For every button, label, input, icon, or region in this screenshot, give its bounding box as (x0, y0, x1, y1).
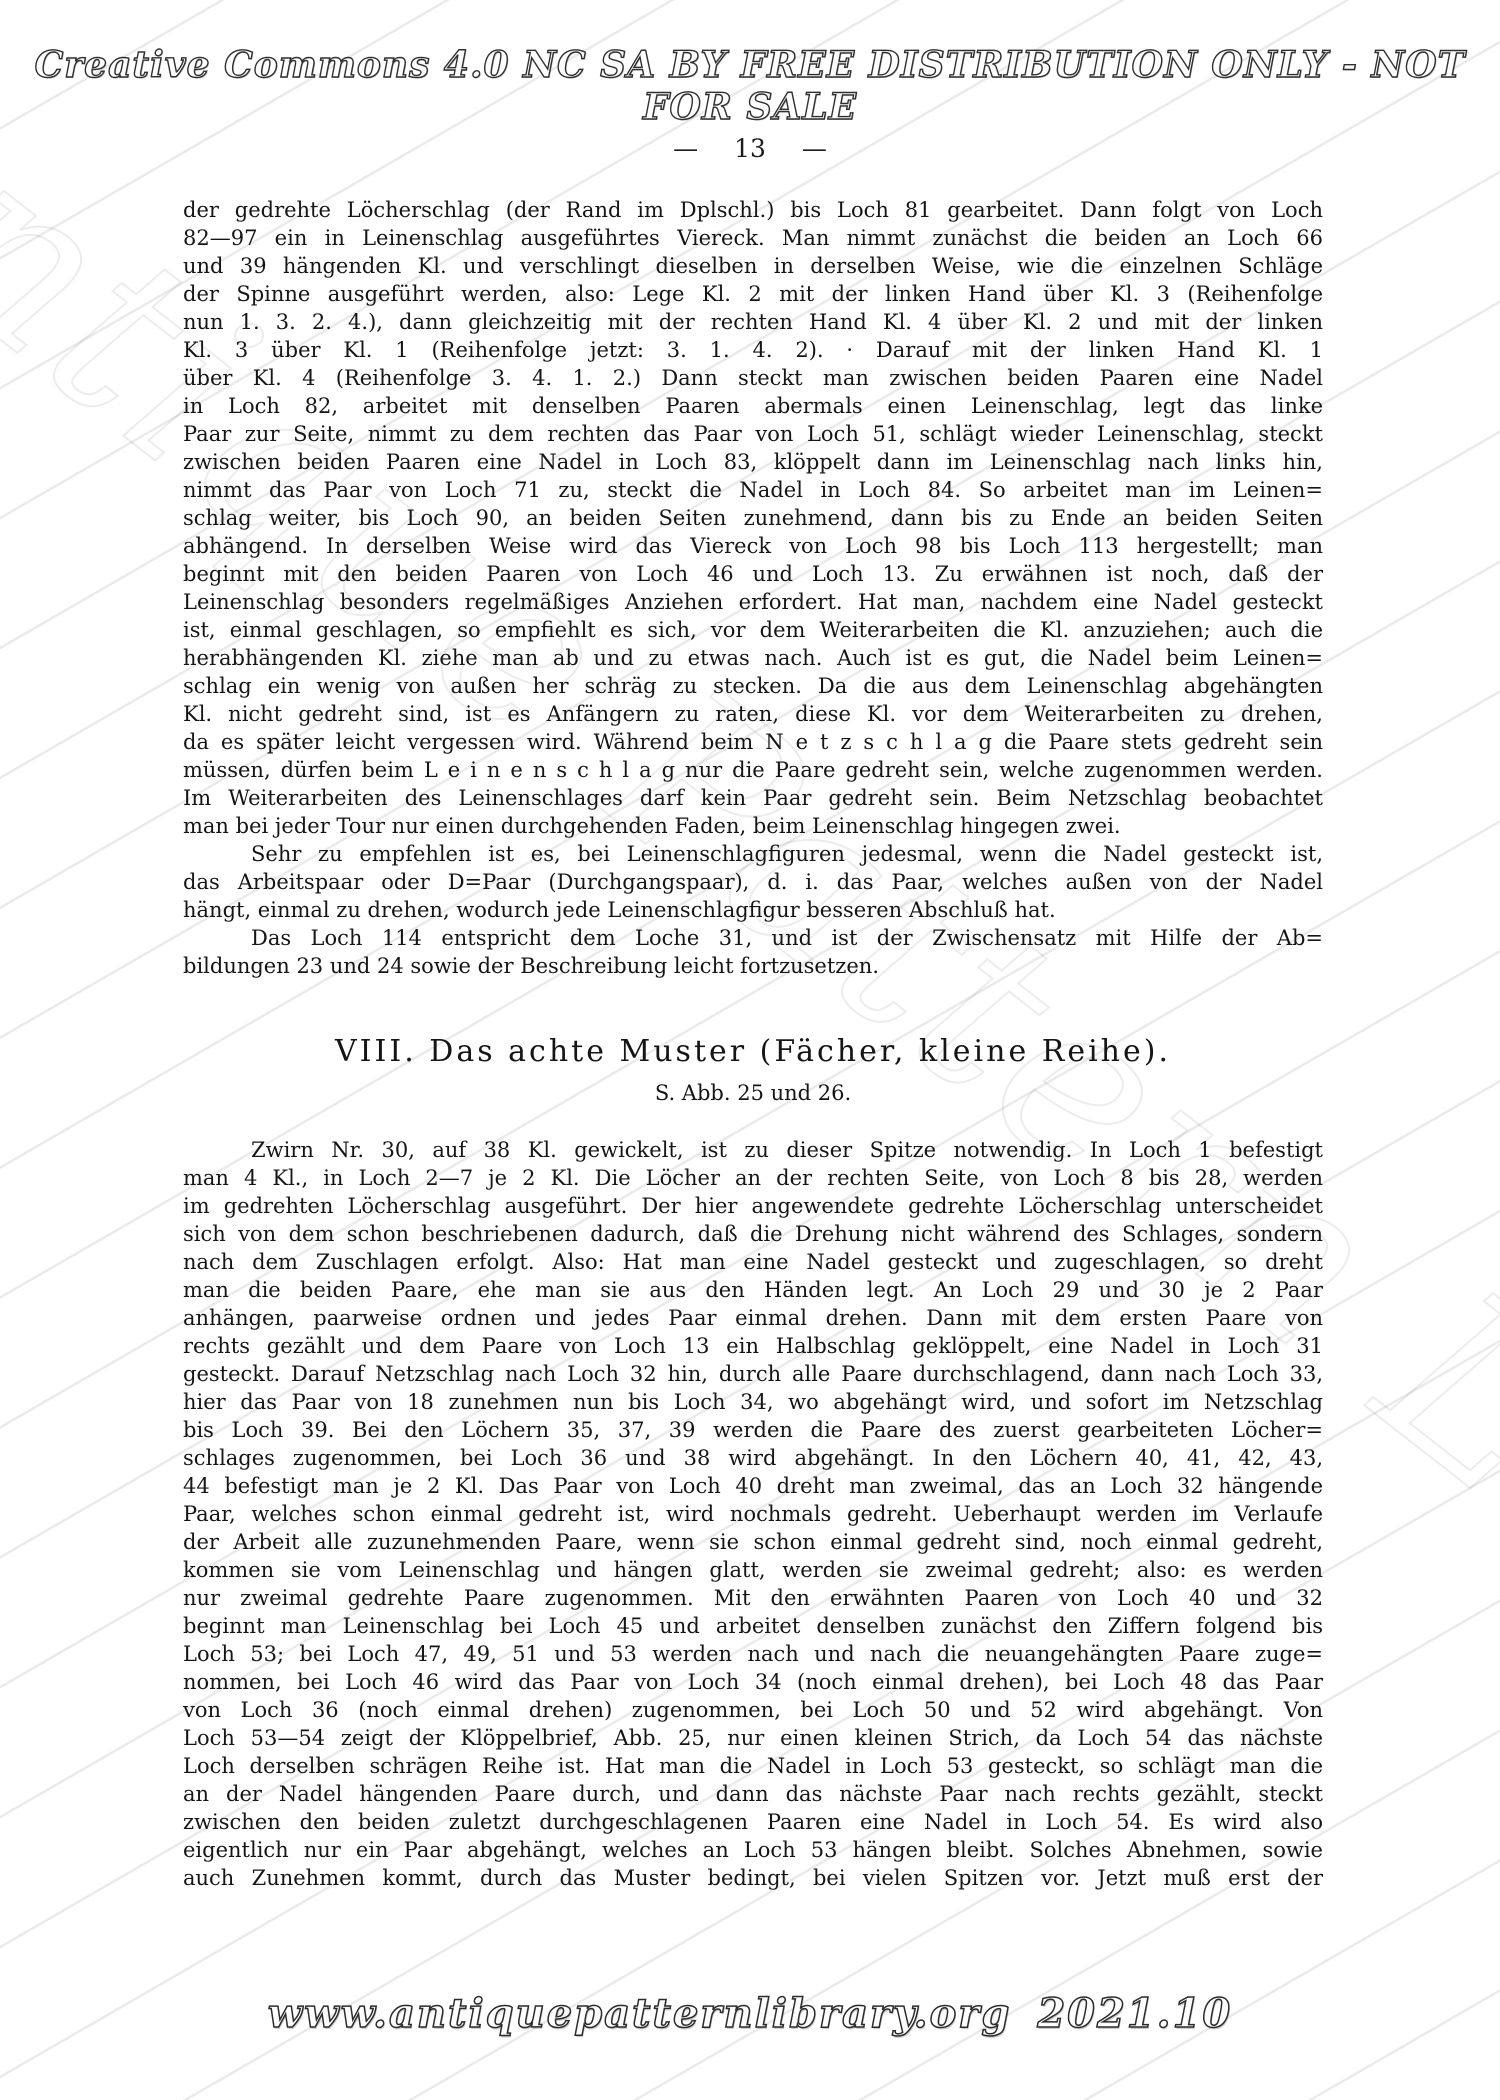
text-line: 82—97 ein in Leinenschlag ausgeführtes V… (183, 224, 1323, 252)
text-line: Zwirn Nr. 30, auf 38 Kl. gewickelt, ist … (183, 1136, 1323, 1164)
text-line: schlag ein wenig von außen her schräg zu… (183, 672, 1323, 700)
text-line: zwischen beiden Paaren eine Nadel in Loc… (183, 448, 1323, 476)
body-text-column: der gedrehte Löcherschlag (der Rand im D… (183, 196, 1323, 1892)
text-line: müssen, dürfen beim L e i n e n s c h l … (183, 756, 1323, 784)
text-line: Das Loch 114 entspricht dem Loche 31, un… (183, 924, 1323, 952)
paragraph-continuation: der gedrehte Löcherschlag (der Rand im D… (183, 196, 1323, 840)
text-line: nur zweimal gedrehte Paare zugenommen. M… (183, 1584, 1323, 1612)
text-line: eigentlich nur ein Paar abgehängt, welch… (183, 1836, 1323, 1864)
text-line: in Loch 82, arbeitet mit denselben Paare… (183, 392, 1323, 420)
text-line: bildungen 23 und 24 sowie der Beschreibu… (183, 952, 1323, 980)
text-line: nommen, bei Loch 46 wird das Paar von Lo… (183, 1668, 1323, 1696)
text-line: man 4 Kl., in Loch 2—7 je 2 Kl. Die Löch… (183, 1164, 1323, 1192)
text-line: kommen sie vom Leinenschlag und hängen g… (183, 1556, 1323, 1584)
text-line: Loch 53—54 zeigt der Klöppelbrief, Abb. … (183, 1724, 1323, 1752)
text-line: beginnt mit den beiden Paaren von Loch 4… (183, 560, 1323, 588)
text-line: bis Loch 39. Bei den Löchern 35, 37, 39 … (183, 1416, 1323, 1444)
text-line: im gedrehten Löcherschlag ausgeführt. De… (183, 1192, 1323, 1220)
footer-edition: 2021.10 (1037, 1990, 1232, 2037)
text-line: über Kl. 4 (Reihenfolge 3. 4. 1. 2.) Dan… (183, 364, 1323, 392)
paragraph-loch-114: Das Loch 114 entspricht dem Loche 31, un… (183, 924, 1323, 980)
text-line: Leinenschlag besonders regelmäßiges Anzi… (183, 588, 1323, 616)
text-line: Kl. nicht gedreht sind, ist es Anfängern… (183, 700, 1323, 728)
paragraph-muster-viii: Zwirn Nr. 30, auf 38 Kl. gewickelt, ist … (183, 1136, 1323, 1892)
section-heading: VIII. Das achte Muster (Fächer, kleine R… (183, 1034, 1323, 1070)
section-subheading: S. Abb. 25 und 26. (183, 1080, 1323, 1106)
text-line: da es später leicht vergessen wird. Währ… (183, 728, 1323, 756)
text-line: abhängend. In derselben Weise wird das V… (183, 532, 1323, 560)
text-line: zwischen den beiden zuletzt durchgeschla… (183, 1808, 1323, 1836)
text-line: beginnt man Leinenschlag bei Loch 45 und… (183, 1612, 1323, 1640)
text-line: man die beiden Paare, ehe man sie aus de… (183, 1276, 1323, 1304)
text-line: Sehr zu empfehlen ist es, bei Leinenschl… (183, 840, 1323, 868)
text-line: der Arbeit alle zuzunehmenden Paare, wen… (183, 1528, 1323, 1556)
text-line: von Loch 36 (noch einmal drehen) zugenom… (183, 1696, 1323, 1724)
text-line: Kl. 3 über Kl. 1 (Reihenfolge jetzt: 3. … (183, 336, 1323, 364)
text-line: Loch derselben schrägen Reihe ist. Hat m… (183, 1752, 1323, 1780)
text-line: das Arbeitspaar oder D=Paar (Durchgangsp… (183, 868, 1323, 896)
text-line: 44 befestigt man je 2 Kl. Das Paar von L… (183, 1472, 1323, 1500)
paragraph-empfehlung: Sehr zu empfehlen ist es, bei Leinenschl… (183, 840, 1323, 924)
text-line: gesteckt. Darauf Netzschlag nach Loch 32… (183, 1360, 1323, 1388)
text-line: der gedrehte Löcherschlag (der Rand im D… (183, 196, 1323, 224)
text-line: und 39 hängenden Kl. und verschlingt die… (183, 252, 1323, 280)
license-header: Creative Commons 4.0 NC SA BY FREE DISTR… (0, 44, 1500, 128)
page-number: — 13 — (0, 134, 1500, 163)
text-line: der Spinne ausgeführt werden, also: Lege… (183, 280, 1323, 308)
text-line: Loch 53; bei Loch 47, 49, 51 und 53 werd… (183, 1640, 1323, 1668)
footer: www.antiquepatternlibrary.org2021.10 (0, 1990, 1500, 2037)
text-line: nimmt das Paar von Loch 71 zu, steckt di… (183, 476, 1323, 504)
footer-url: www.antiquepatternlibrary.org (268, 1990, 1012, 2037)
text-line: Paar, welches schon einmal gedreht ist, … (183, 1500, 1323, 1528)
text-line: auch Zunehmen kommt, durch das Muster be… (183, 1864, 1323, 1892)
text-line: hängt, einmal zu drehen, wodurch jede Le… (183, 896, 1323, 924)
text-line: hier das Paar von 18 zunehmen nun bis Lo… (183, 1388, 1323, 1416)
text-line: an der Nadel hängenden Paare durch, und … (183, 1780, 1323, 1808)
text-line: sich von dem schon beschriebenen dadurch… (183, 1220, 1323, 1248)
text-line: nun 1. 3. 2. 4.), dann gleichzeitig mit … (183, 308, 1323, 336)
text-line: rechts gezählt und dem Paare von Loch 13… (183, 1332, 1323, 1360)
text-line: anhängen, paarweise ordnen und jedes Paa… (183, 1304, 1323, 1332)
text-line: ist, einmal geschlagen, so empfiehlt es … (183, 616, 1323, 644)
text-line: man bei jeder Tour nur einen durchgehend… (183, 812, 1323, 840)
text-line: herabhängenden Kl. ziehe man ab und zu e… (183, 644, 1323, 672)
text-line: schlag weiter, bis Loch 90, an beiden Se… (183, 504, 1323, 532)
text-line: Paar zur Seite, nimmt zu dem rechten das… (183, 420, 1323, 448)
text-line: nach dem Zuschlagen erfolgt. Also: Hat m… (183, 1248, 1323, 1276)
text-line: schlages zugenommen, bei Loch 36 und 38 … (183, 1444, 1323, 1472)
text-line: Im Weiterarbeiten des Leinenschlages dar… (183, 784, 1323, 812)
